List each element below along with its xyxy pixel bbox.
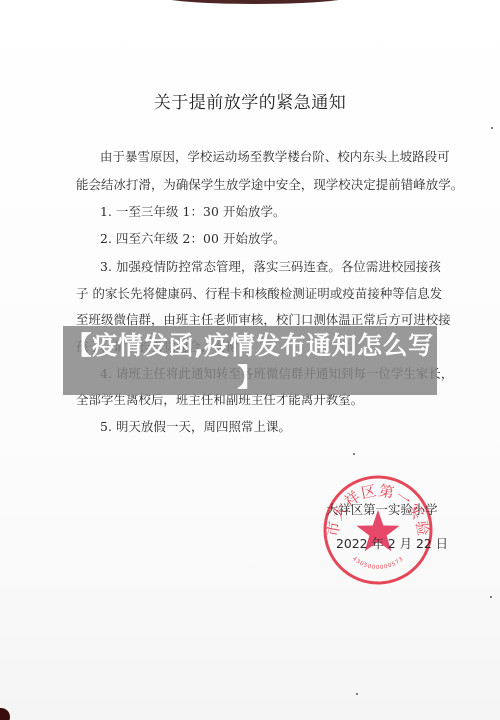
scan-speck (353, 453, 355, 455)
overlay-title-line-2: 】 (63, 362, 437, 394)
svg-text:4305000000573: 4305000000573 (351, 556, 405, 571)
scan-corner-shadow (0, 708, 10, 720)
overlay-title-line-1: 【疫情发函,疫情发布通知怎么写 (63, 330, 437, 362)
scan-speck (356, 693, 358, 695)
signature-date: 2022 年 2 月 22 日 (336, 534, 448, 552)
body-line-2: 能会结冰打滑，为确保学生放学途中安全，现学校决定提前错峰放学。 (76, 175, 463, 193)
body-line-1: 由于暴雪原因，学校运动场至教学楼台阶、校内东头上坡路段可 (100, 147, 450, 165)
scan-speck (490, 596, 492, 598)
overlay-banner-title: 【疫情发函,疫情发布通知怎么写 】 (63, 330, 437, 394)
signature-school-name: 大祥区第一实验小学 (326, 500, 438, 518)
scan-edge-shadow (150, 0, 360, 4)
body-line-5: 3. 加强疫情防控常态管理，落实三码连查。各位需进校园接孩 (100, 257, 441, 275)
document-title: 关于提前放学的紧急通知 (0, 88, 500, 113)
body-line-11: 5. 明天放假一天，周四照常上课。 (100, 417, 291, 435)
body-line-4: 2. 四至六年级 2：00 开始放学。 (100, 229, 285, 247)
scan-speck (491, 127, 493, 129)
body-line-3: 1. 一至三年级 1：30 开始放学。 (100, 202, 285, 220)
body-line-6: 子 的家长先将健康码、行程卡和核酸检测证明或疫苗接种等信息发 (76, 284, 442, 302)
official-seal-icon: 邵阳市大祥区第一实验小学 4305000000573 (322, 474, 434, 586)
